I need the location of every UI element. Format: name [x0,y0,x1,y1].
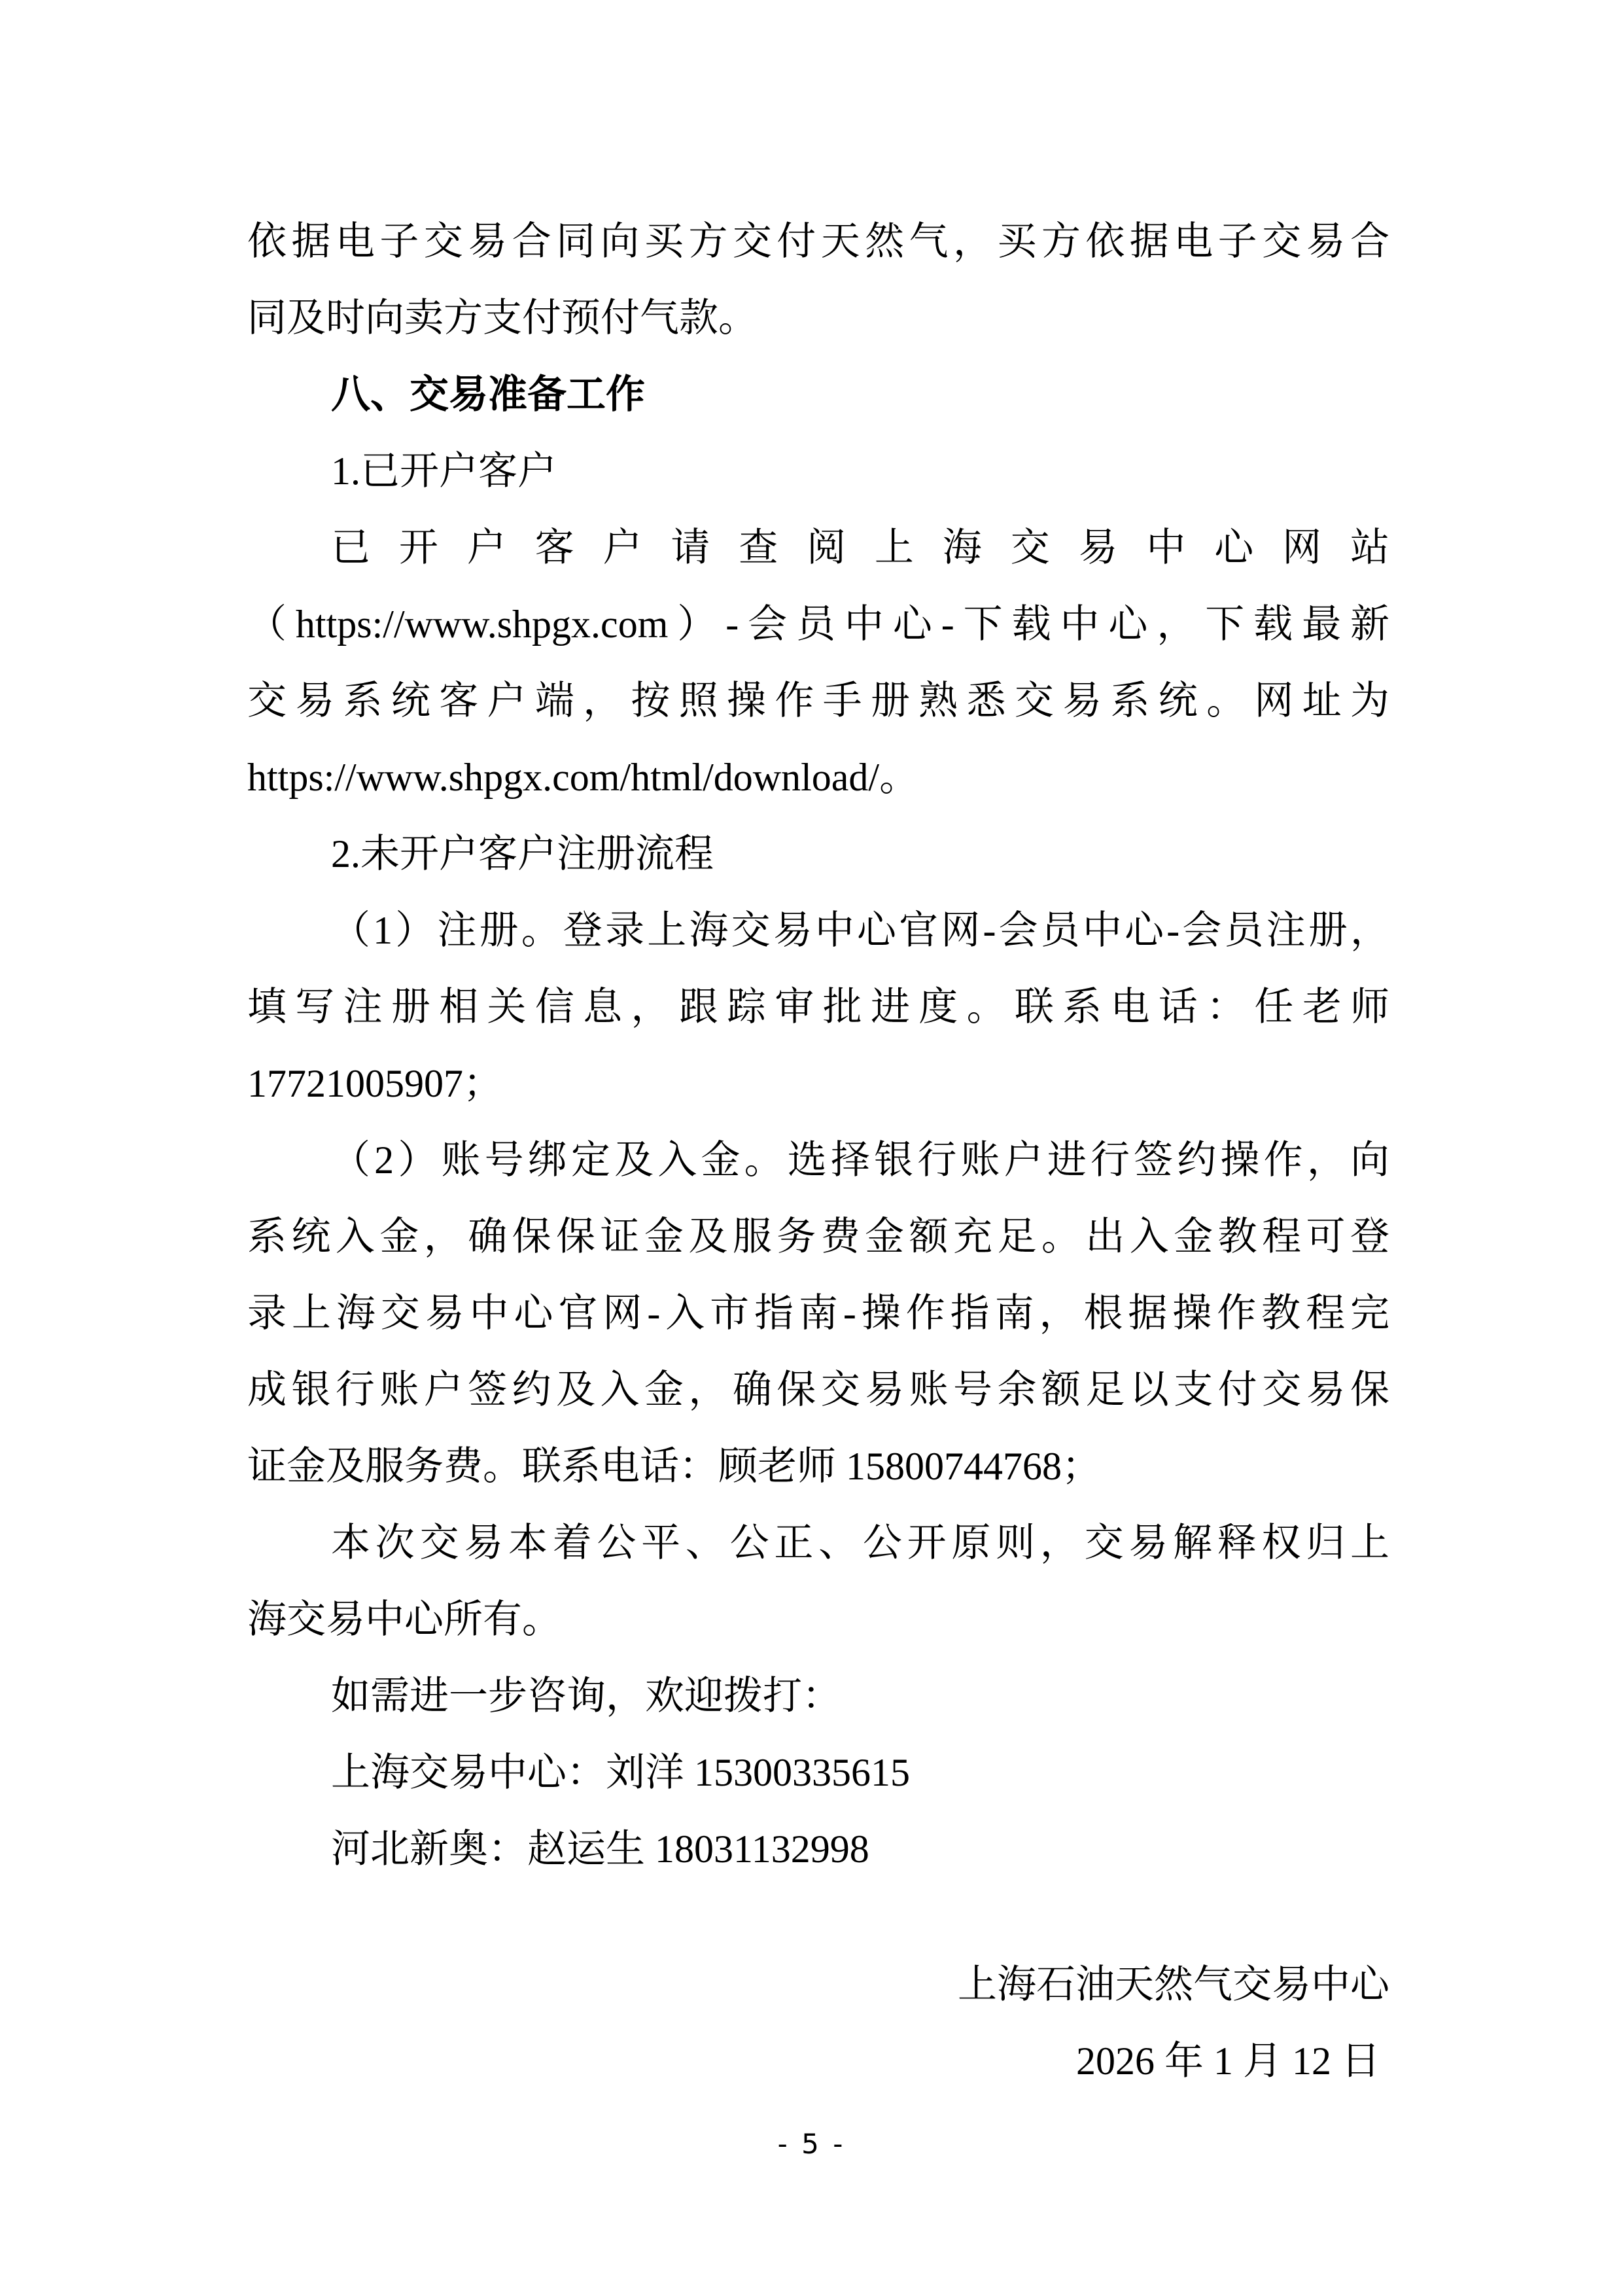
signature-date: 2026 年 1 月 12 日 [247,2023,1389,2100]
paragraph-line: 证金及服务费。联系电话：顾老师 15800744768； [247,1428,1389,1505]
list-item-heading: 2.未开户客户注册流程 [247,816,1389,892]
paragraph-line: 填写注册相关信息，跟踪审批进度。联系电话：任老师 [247,969,1389,1046]
document-body: 依据电子交易合同向买方交付天然气，买方依据电子交易合 同及时向卖方支付预付气款。… [247,203,1389,2100]
list-item-heading: 1.已开户客户 [247,433,1389,510]
paragraph-line: 本次交易本着公平、公正、公开原则，交易解释权归上 [247,1505,1389,1581]
url-line: https://www.shpgx.com/html/download/。 [247,739,1389,816]
signature-block: 上海石油天然气交易中心 2026 年 1 月 12 日 [247,1947,1389,2100]
phone-number-line: 17721005907； [247,1046,1389,1122]
paragraph-line: 同及时向卖方支付预付气款。 [247,280,1389,357]
paragraph-line: （https://www.shpgx.com）-会员中心-下载中心，下载最新 [247,586,1389,663]
section-heading: 八、交易准备工作 [247,357,1389,433]
paragraph-line: 录上海交易中心官网-入市指南-操作指南，根据操作教程完 [247,1275,1389,1352]
paragraph-line: 成银行账户签约及入金，确保交易账号余额足以支付交易保 [247,1352,1389,1428]
contact-line: 河北新奥：赵运生 18031132998 [247,1811,1389,1888]
paragraph-line: （2）账号绑定及入金。选择银行账户进行签约操作，向 [247,1122,1389,1199]
paragraph-line: （1）注册。登录上海交易中心官网-会员中心-会员注册， [247,892,1389,969]
document-page: 依据电子交易合同向买方交付天然气，买方依据电子交易合 同及时向卖方支付预付气款。… [0,0,1623,2296]
paragraph-line: 海交易中心所有。 [247,1581,1389,1658]
contact-line: 上海交易中心：刘洋 15300335615 [247,1735,1389,1811]
paragraph-line: 如需进一步咨询，欢迎拨打： [247,1658,1389,1735]
paragraph-line: 依据电子交易合同向买方交付天然气，买方依据电子交易合 [247,203,1389,280]
paragraph-line: 已 开 户 客 户 请 查 阅 上 海 交 易 中 心 网 站 [247,510,1389,586]
paragraph-line: 交易系统客户端，按照操作手册熟悉交易系统。网址为 [247,663,1389,739]
page-number: - 5 - [0,2128,1623,2160]
signature-org: 上海石油天然气交易中心 [247,1947,1389,2023]
paragraph-line: 系统入金，确保保证金及服务费金额充足。出入金教程可登 [247,1199,1389,1275]
